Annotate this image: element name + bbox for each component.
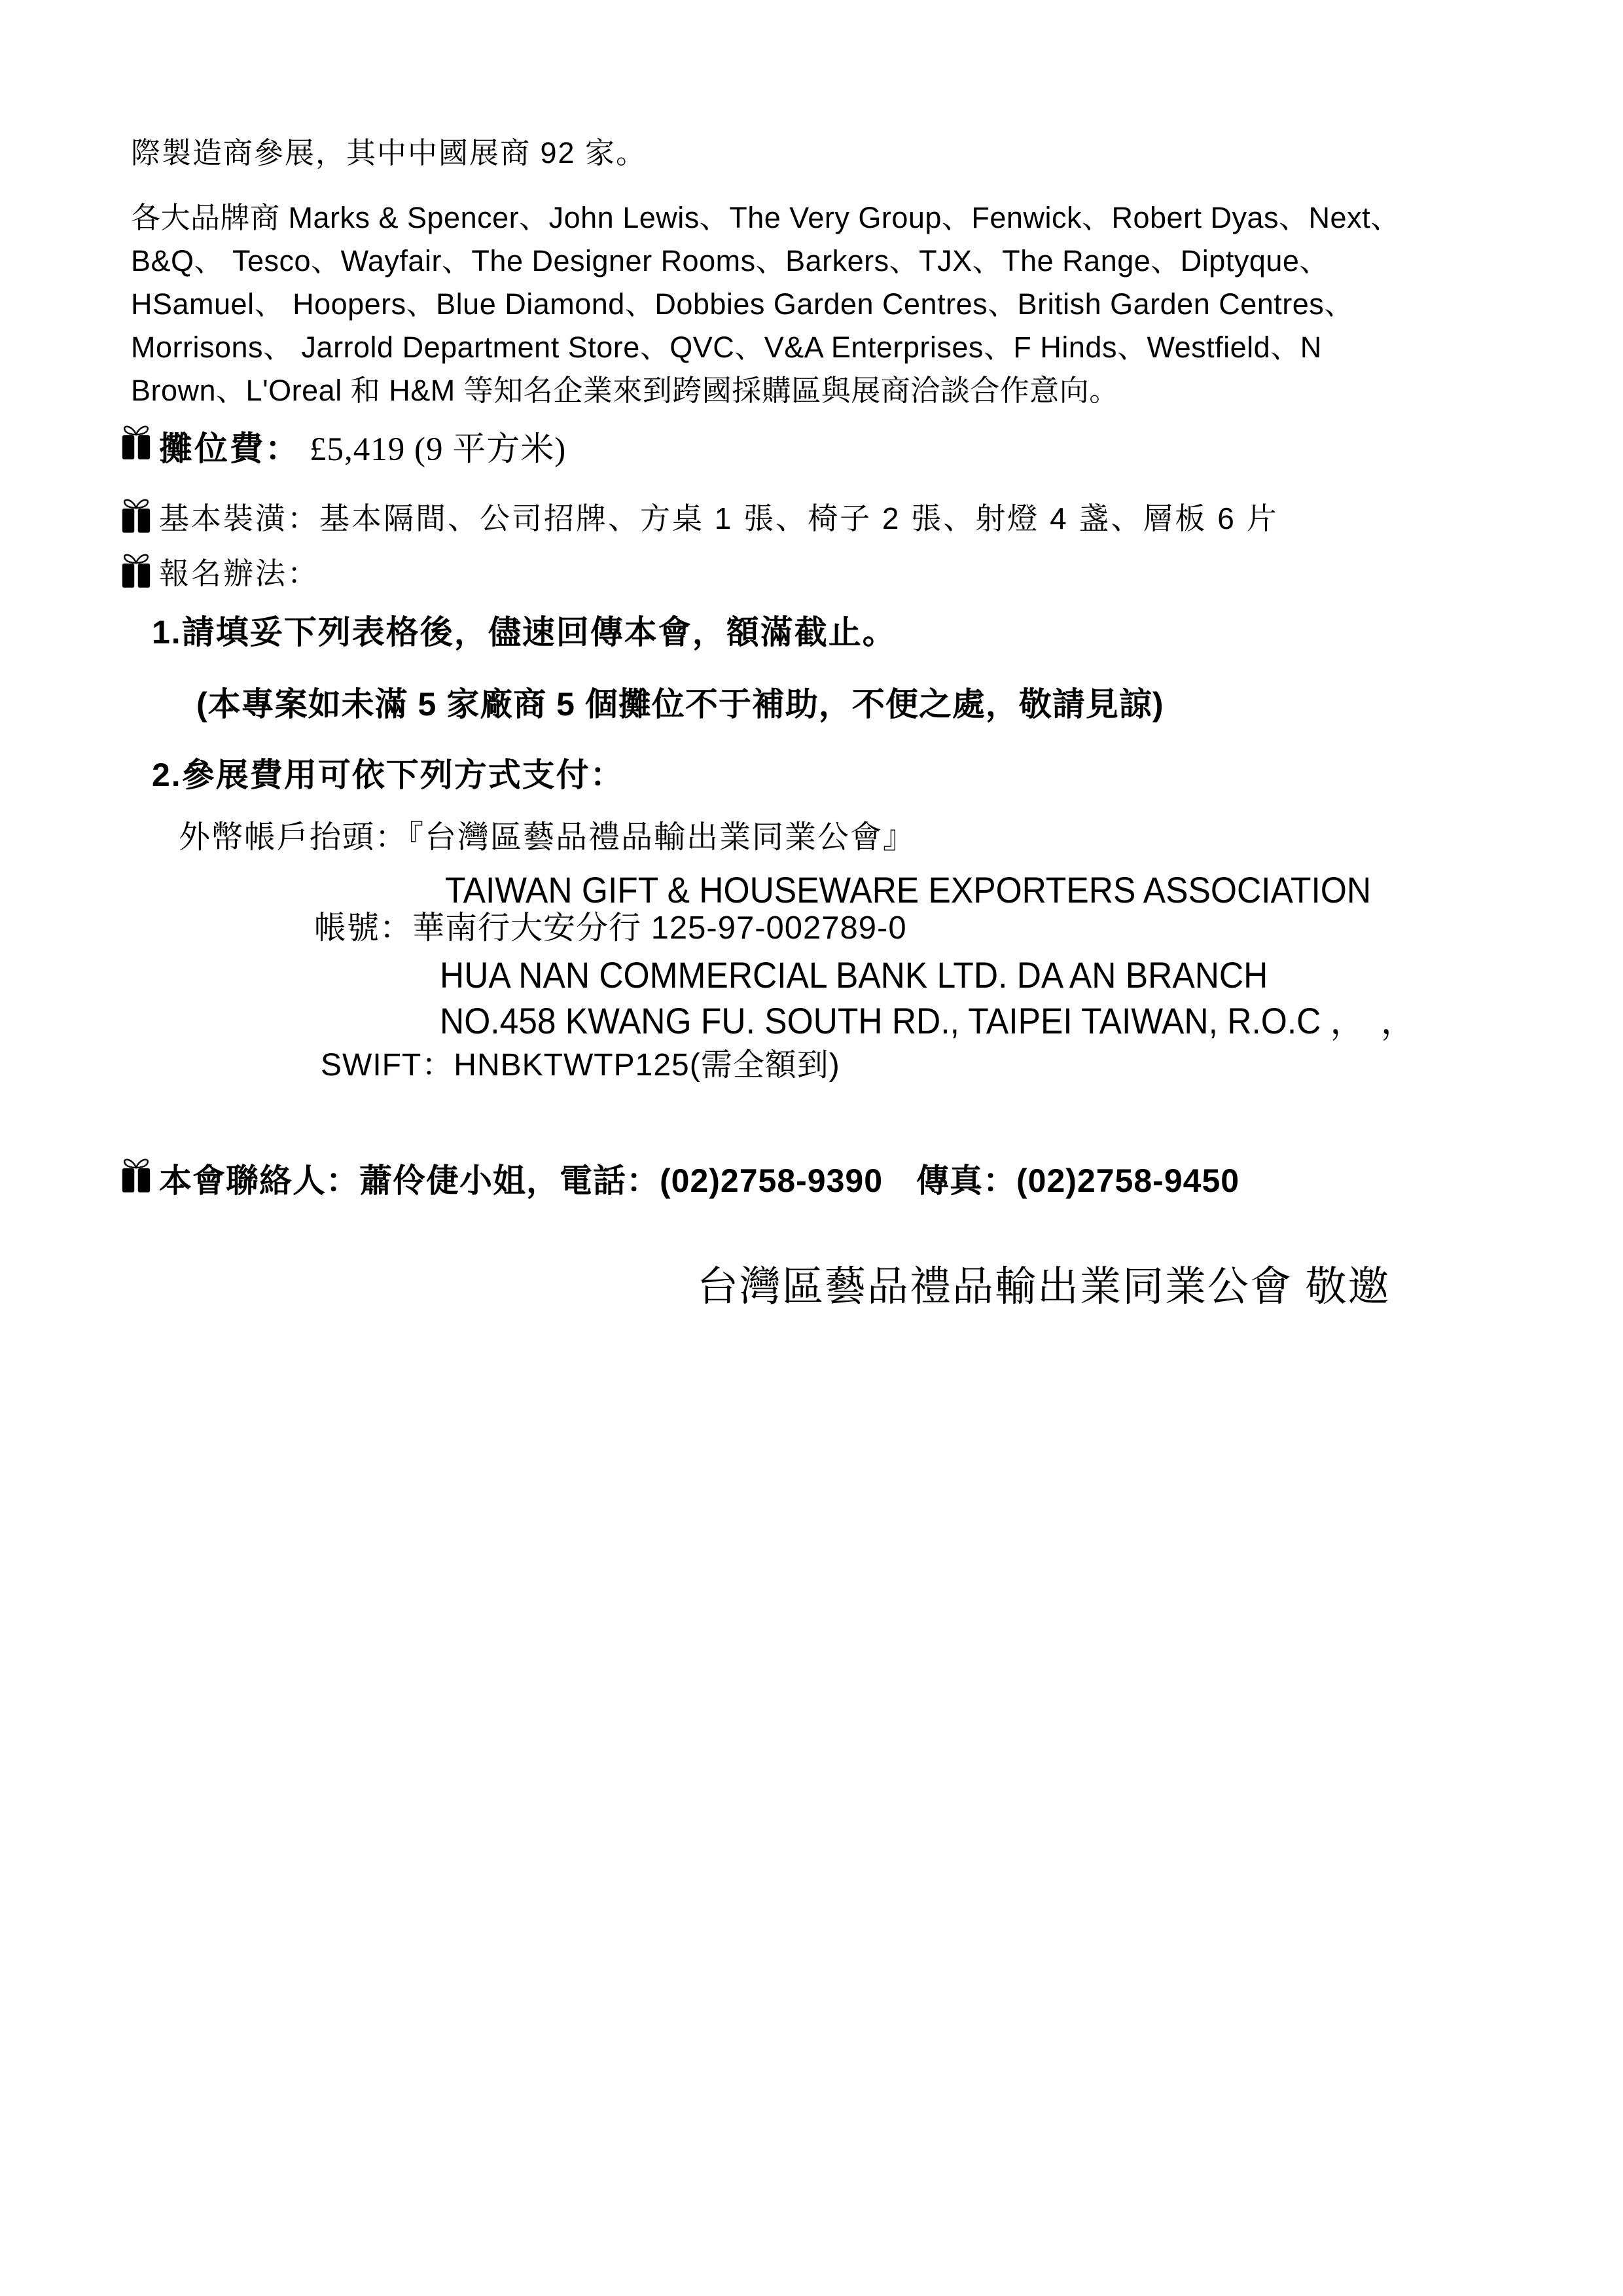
basic-decor-row: 基本裝潢：基本隔間、公司招牌、方桌 1 張、椅子 2 張、射燈 4 盞、層板 6… bbox=[121, 495, 1279, 538]
account-number-line: 帳號：華南行大安分行 125-97-002789-0 bbox=[314, 910, 907, 946]
account-title-label: 外幣帳戶抬頭： bbox=[179, 820, 408, 855]
basic-decor-label: 基本裝潢： bbox=[159, 501, 319, 535]
step-2: 2.參展費用可依下列方式支付： bbox=[152, 757, 624, 795]
foreign-account-title-line: 外幣帳戶抬頭：『台灣區藝品禮品輸出業同業公會』 bbox=[179, 819, 916, 855]
account-number-value: 華南行大安分行 125-97-002789-0 bbox=[412, 910, 907, 946]
bank-address-en: NO.458 KWANG FU. SOUTH RD., TAIPEI TAIWA… bbox=[440, 1000, 1414, 1042]
bank-name-en: HUA NAN COMMERCIAL BANK LTD. DA AN BRANC… bbox=[440, 954, 1268, 996]
brands-line-5: Brown、L'Oreal 和 H&M 等知名企業來到跨國採購區與展商洽談合作意… bbox=[131, 369, 1400, 412]
booth-fee-value: £5,419 (9 平方米) bbox=[310, 422, 566, 470]
intro-line: 際製造商參展，其中中國展商 92 家。 bbox=[131, 136, 647, 170]
contact-row: 本會聯絡人：蕭伶倢小姐，電話：(02)2758-9390 傳真：(02)2758… bbox=[121, 1155, 1240, 1202]
association-name-en: TAIWAN GIFT & HOUSEWARE EXPORTERS ASSOCI… bbox=[445, 869, 1371, 911]
gift-icon bbox=[121, 552, 151, 589]
registration-row: 報名辦法： bbox=[121, 550, 319, 593]
registration-label: 報名辦法： bbox=[159, 550, 319, 593]
closing-signature-line: 台灣區藝品禮品輸出業同業公會 敬邀 bbox=[697, 1263, 1391, 1310]
basic-decor-text: 基本裝潢：基本隔間、公司招牌、方桌 1 張、椅子 2 張、射燈 4 盞、層板 6… bbox=[159, 495, 1279, 538]
fax-document-page: 際製造商參展，其中中國展商 92 家。 各大品牌商 Marks & Spence… bbox=[0, 0, 1623, 2296]
step-1-note: (本專案如未滿 5 家廠商 5 個攤位不于補助，不便之處，敬請見諒) bbox=[196, 686, 1164, 724]
brands-line-1: 各大品牌商 Marks & Spencer、John Lewis、The Ver… bbox=[131, 196, 1400, 240]
basic-decor-value: 基本隔間、公司招牌、方桌 1 張、椅子 2 張、射燈 4 盞、層板 6 片 bbox=[319, 501, 1279, 535]
contact-line: 本會聯絡人：蕭伶倢小姐，電話：(02)2758-9390 傳真：(02)2758… bbox=[159, 1155, 1240, 1202]
account-number-label: 帳號： bbox=[314, 910, 412, 946]
brands-line-3: HSamuel、 Hoopers、Blue Diamond、Dobbies Ga… bbox=[131, 283, 1400, 326]
booth-fee-row: 攤位費： £5,419 (9 平方米) bbox=[121, 422, 566, 470]
account-title-value: 『台灣區藝品禮品輸出業同業公會』 bbox=[408, 820, 916, 855]
swift-code-line: SWIFT：HNBKTWTP125(需全額到) bbox=[321, 1047, 840, 1083]
gift-icon bbox=[121, 497, 151, 534]
gift-icon bbox=[121, 424, 151, 461]
brands-line-2: B&Q、 Tesco、Wayfair、The Designer Rooms、Ba… bbox=[131, 240, 1400, 283]
brands-line-4: Morrisons、 Jarrold Department Store、QVC、… bbox=[131, 326, 1400, 369]
step-1: 1.請填妥下列表格後，儘速回傳本會，額滿截止。 bbox=[152, 614, 897, 652]
booth-fee-label: 攤位費： bbox=[159, 422, 300, 470]
gift-icon bbox=[121, 1157, 151, 1194]
brands-paragraph: 各大品牌商 Marks & Spencer、John Lewis、The Ver… bbox=[131, 196, 1400, 412]
